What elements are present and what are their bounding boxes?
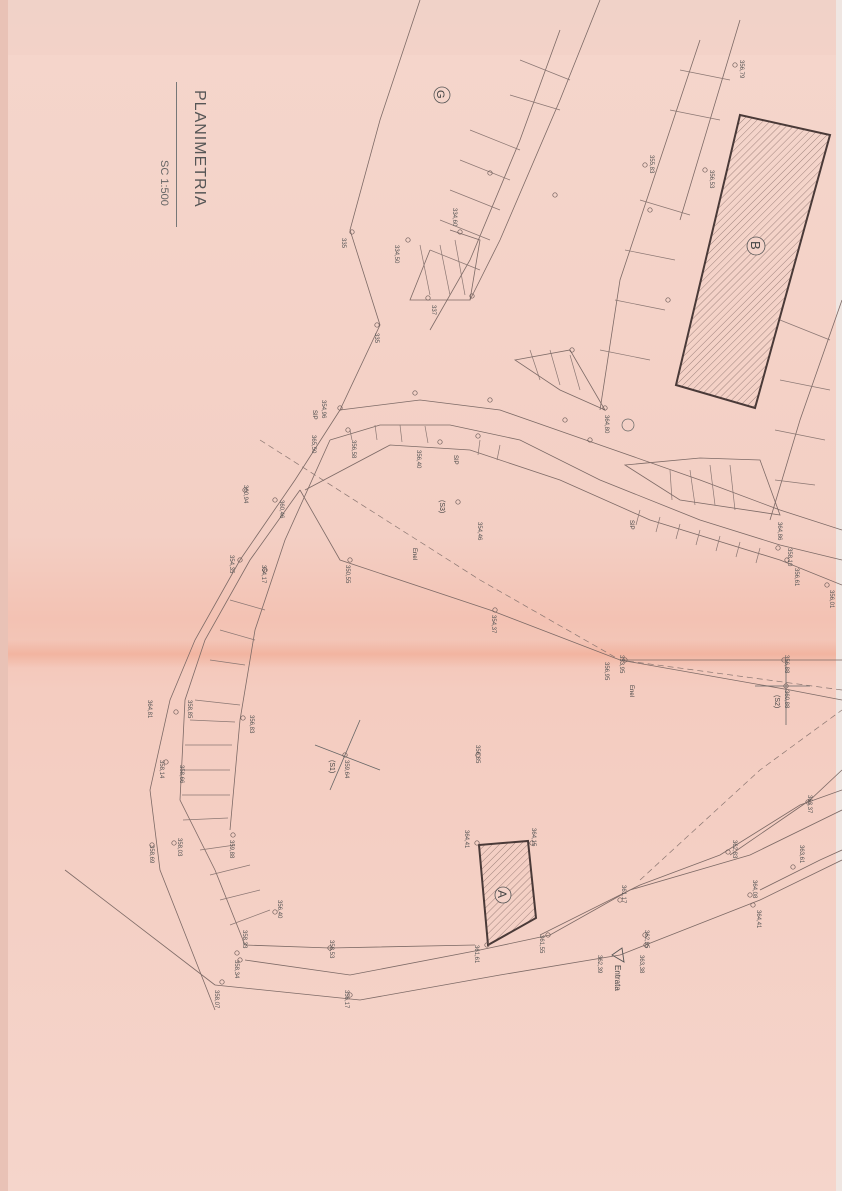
- svg-text:358,66: 358,66: [178, 765, 184, 784]
- svg-text:361,61: 361,61: [473, 945, 479, 964]
- svg-text:364,80: 364,80: [603, 415, 609, 434]
- svg-text:355,83: 355,83: [648, 155, 654, 174]
- svg-text:356,17: 356,17: [343, 990, 349, 1009]
- drawing-sheet: PLANIMETRIA SC 1:500: [0, 0, 842, 1191]
- svg-text:354,46: 354,46: [476, 522, 482, 541]
- svg-text:364,08: 364,08: [751, 880, 757, 899]
- svg-text:364,15: 364,15: [530, 828, 536, 847]
- building-b: [676, 115, 830, 408]
- svg-text:354,35: 354,35: [228, 555, 234, 574]
- svg-text:363,61: 363,61: [798, 845, 804, 864]
- svg-text:360,88: 360,88: [783, 690, 789, 709]
- svg-text:356,40: 356,40: [276, 900, 282, 919]
- section-s2-label: (S2): [773, 695, 780, 708]
- svg-text:358,07: 358,07: [213, 990, 219, 1009]
- svg-text:362,95: 362,95: [643, 930, 649, 949]
- embankment-triangle: [625, 458, 780, 515]
- svg-text:334,50: 334,50: [393, 245, 399, 264]
- svg-text:358,14: 358,14: [158, 760, 164, 779]
- svg-text:356,83: 356,83: [248, 715, 254, 734]
- svg-text:358,53: 358,53: [328, 940, 334, 959]
- svg-text:358,85: 358,85: [186, 700, 192, 719]
- svg-text:363,37: 363,37: [806, 795, 812, 814]
- building-a-label: A: [495, 890, 509, 898]
- enel-label-1: Enel: [411, 548, 417, 560]
- svg-text:354,96: 354,96: [320, 400, 326, 419]
- svg-text:334,60: 334,60: [451, 208, 457, 227]
- svg-text:356,01: 356,01: [828, 590, 834, 609]
- survey-lines: [65, 0, 842, 1010]
- svg-text:358,10: 358,10: [786, 548, 792, 567]
- svg-text:360,94: 360,94: [242, 485, 248, 504]
- svg-text:356,53: 356,53: [708, 170, 714, 189]
- sip-label-3: SIP: [628, 520, 634, 530]
- svg-text:364,41: 364,41: [463, 830, 469, 849]
- svg-text:360,46: 360,46: [278, 500, 284, 519]
- svg-text:364,41: 364,41: [755, 910, 761, 929]
- sip-label-1: SIP: [311, 410, 317, 420]
- svg-text:358,34: 358,34: [233, 960, 239, 979]
- svg-text:356,88: 356,88: [783, 655, 789, 674]
- svg-text:337: 337: [430, 305, 436, 316]
- c-marker: [622, 419, 634, 431]
- site-plan: B A G Entrata (S1) (S2) (S3) Enel Enel S…: [0, 0, 842, 1191]
- svg-text:359,64: 359,64: [343, 760, 349, 779]
- embankment-small: [515, 350, 605, 410]
- svg-text:361,17: 361,17: [620, 885, 626, 904]
- svg-text:358,69: 358,69: [148, 845, 154, 864]
- svg-text:356,58: 356,58: [350, 440, 356, 459]
- svg-text:354,37: 354,37: [490, 615, 496, 634]
- svg-text:335: 335: [340, 238, 346, 249]
- svg-text:354,17: 354,17: [260, 565, 266, 584]
- svg-text:365,50: 365,50: [310, 435, 316, 454]
- building-b-label: B: [748, 241, 763, 250]
- svg-text:356,40: 356,40: [415, 450, 421, 469]
- svg-text:364,86: 364,86: [776, 522, 782, 541]
- svg-text:358,33: 358,33: [241, 930, 247, 949]
- svg-text:356,79: 356,79: [738, 60, 744, 79]
- entrance-label: Entrata: [613, 965, 622, 991]
- sip-label-2: SIP: [452, 455, 458, 465]
- svg-text:362,83: 362,83: [731, 840, 737, 859]
- svg-text:335: 335: [373, 333, 379, 344]
- svg-text:361,55: 361,55: [538, 935, 544, 954]
- section-s1-label: (S1): [328, 760, 335, 773]
- svg-text:358,03: 358,03: [176, 838, 182, 857]
- svg-text:362,39: 362,39: [596, 955, 602, 974]
- svg-text:356,85: 356,85: [474, 745, 480, 764]
- section-s3-label: (S3): [438, 500, 445, 513]
- svg-text:363,38: 363,38: [638, 955, 644, 974]
- svg-text:364,81: 364,81: [146, 700, 152, 719]
- svg-text:356,95: 356,95: [603, 662, 609, 681]
- g-marker-label: G: [434, 90, 446, 99]
- svg-text:359,88: 359,88: [228, 840, 234, 859]
- svg-text:356,61: 356,61: [793, 568, 799, 587]
- enel-label-2: Enel: [628, 685, 634, 697]
- svg-text:350,55: 350,55: [344, 565, 350, 584]
- svg-text:353,95: 353,95: [618, 655, 624, 674]
